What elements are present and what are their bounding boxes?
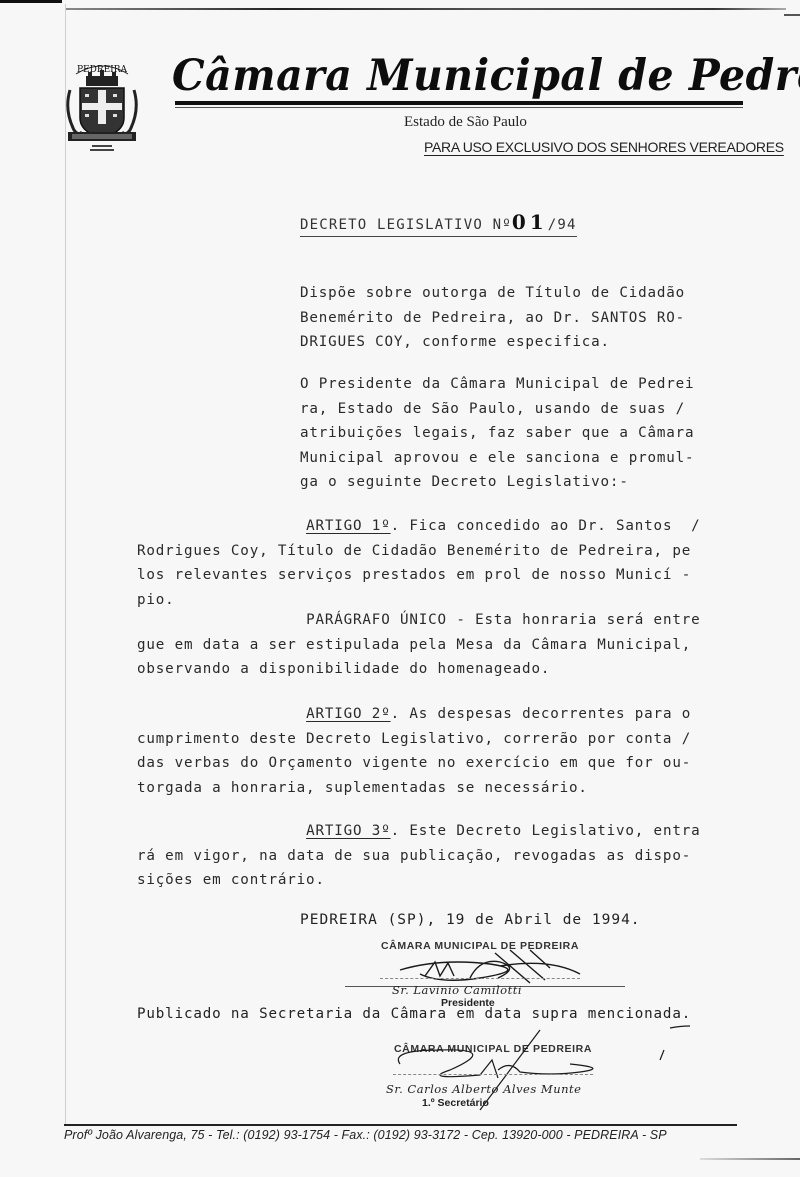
article-3-text-first: . Este Decreto Legislativo, entra — [391, 823, 701, 839]
state-subtitle: Estado de São Paulo — [404, 114, 527, 131]
footer-address: Profº João Alvarenga, 75 - Tel.: (0192) … — [64, 1128, 667, 1142]
scan-top-line-tail — [784, 14, 800, 16]
scan-bottom-smudge — [700, 1158, 800, 1160]
header-rule — [175, 101, 743, 105]
article-1: ARTIGO 1º. Fica concedido ao Dr. Santos … — [137, 514, 701, 612]
article-1-text-first: . Fica concedido ao Dr. Santos / — [391, 518, 701, 534]
scan-top-line — [66, 8, 786, 10]
sole-paragraph-label: PARÁGRAFO ÚNICO — [306, 612, 447, 628]
sole-paragraph-text-rest: gue em data a ser estipulada pela Mesa d… — [137, 637, 691, 678]
signature-1-name: Sr. Lavinio Camilotti — [392, 983, 522, 997]
article-2: ARTIGO 2º. As despesas decorrentes para … — [137, 702, 691, 800]
scan-edge-artifact — [0, 0, 62, 3]
signature-2-line — [393, 1074, 593, 1075]
header-rule-thin — [175, 107, 743, 108]
sole-paragraph-text-first: - Esta honraria será entre — [447, 612, 701, 628]
article-1-text-rest: Rodrigues Coy, Título de Cidadão Benemér… — [137, 543, 691, 608]
institution-title: Câmara Municipal de Pedreira — [172, 50, 800, 100]
decree-year: /94 — [548, 217, 577, 233]
article-3-text-rest: rá em vigor, na data de sua publicação, … — [137, 848, 691, 889]
article-3: ARTIGO 3º. Este Decreto Legislativo, ent… — [137, 819, 701, 893]
signature-2-name: Sr. Carlos Alberto Alves Munte — [386, 1082, 581, 1096]
decree-title-prefix: DECRETO LEGISLATIVO Nº — [300, 217, 512, 233]
signature-1-line — [380, 978, 580, 979]
article-1-label: ARTIGO 1º — [306, 518, 391, 534]
sole-paragraph: PARÁGRAFO ÚNICO - Esta honraria será ent… — [137, 608, 701, 682]
article-2-text-first: . As despesas decorrentes para o — [391, 706, 692, 722]
signature-2-role: 1.º Secretário — [422, 1097, 489, 1109]
decree-number: 01 — [512, 210, 548, 234]
article-2-text-rest: cumprimento deste Decreto Legislativo, c… — [137, 731, 691, 796]
municipal-crest-icon: PEDREIRA — [62, 60, 142, 156]
footer-rule — [64, 1124, 737, 1126]
decree-summary: Dispõe sobre outorga de Título de Cidadã… — [300, 281, 685, 355]
article-2-label: ARTIGO 2º — [306, 706, 391, 722]
decree-preamble: O Presidente da Câmara Municipal de Pedr… — [300, 372, 694, 495]
article-3-label: ARTIGO 3º — [306, 823, 391, 839]
place-and-date: PEDREIRA (SP), 19 de Abril de 1994. — [300, 912, 641, 928]
decree-title: DECRETO LEGISLATIVO Nº01/94 — [300, 210, 577, 237]
exclusive-use-notice: PARA USO EXCLUSIVO DOS SENHORES VEREADOR… — [424, 139, 784, 155]
scan-left-edge — [65, 4, 66, 1124]
signature-1-handwriting-icon — [380, 948, 580, 988]
